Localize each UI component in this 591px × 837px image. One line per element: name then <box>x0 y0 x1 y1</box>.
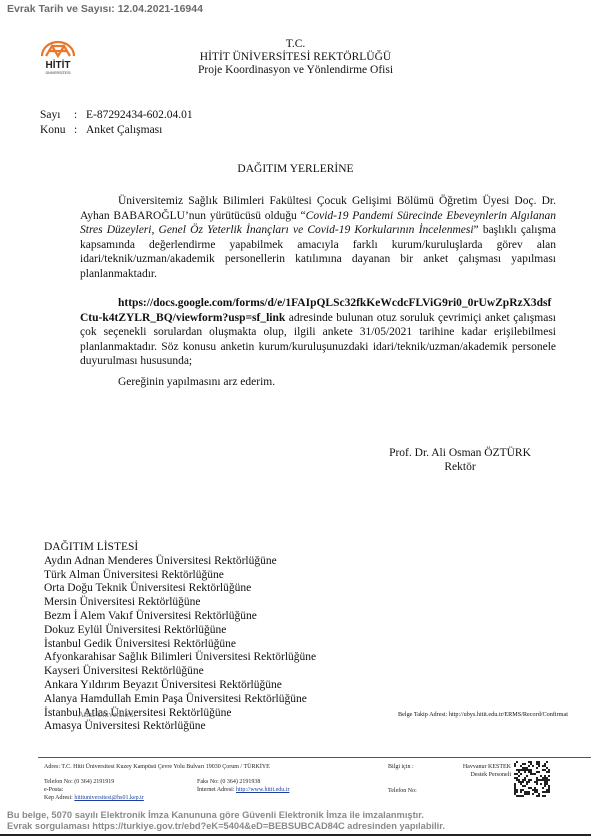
list-item: Kayseri Üniversitesi Rektörlüğüne <box>44 665 316 679</box>
subject-separator: : <box>74 123 86 138</box>
web-link[interactable]: http://www.hitit.edu.tr <box>236 787 289 793</box>
distribution-list-heading: DAĞITIM LİSTESİ <box>44 541 316 555</box>
list-item: Alanya Hamdullah Emin Paşa Üniversitesi … <box>44 693 316 707</box>
footer-web: İnternet Adresi: http://www.hitit.edu.tr <box>197 786 289 794</box>
list-item-with-overlap: İstanbul Atlas Üniversitesi Rektörlüğüne… <box>44 707 316 721</box>
bottom-border <box>0 834 591 836</box>
footer-fax: Faks No: (0 364) 2191938 <box>197 778 289 786</box>
signature-block: Prof. Dr. Ali Osman ÖZTÜRK Rektör <box>380 446 540 474</box>
body-paragraph-3: Gereğinin yapılmasını arz ederim. <box>80 375 556 390</box>
e-signature-line-1: Bu belge, 5070 sayılı Elektronik İmza Ka… <box>7 810 445 821</box>
kep-link[interactable]: hitituniversitesi@hs01.kep.tr <box>74 795 144 801</box>
list-item: Afyonkarahisar Sağlık Bilimleri Üniversi… <box>44 651 316 665</box>
list-item: İstanbul Gedik Üniversitesi Rektörlüğüne <box>44 638 316 652</box>
header-office: Proje Koordinasyon ve Yönlendirme Ofisi <box>0 64 591 77</box>
list-item: Aydın Adnan Menderes Üniversitesi Rektör… <box>44 555 316 569</box>
footer-phone: Telefon No: (0 364) 2191919 <box>44 778 144 786</box>
number-value: E-87292434-602.04.01 <box>86 108 193 123</box>
list-item: Orta Doğu Teknik Üniversitesi Rektörlüğü… <box>44 582 316 596</box>
signer-title: Rektör <box>380 460 540 474</box>
e-signature-note: Bu belge, 5070 sayılı Elektronik İmza Ka… <box>7 810 445 831</box>
document-meta: Sayı : E-87292434-602.04.01 Konu : Anket… <box>40 108 193 137</box>
contact-role: Destek Personeli <box>455 771 511 779</box>
footer-mid-contacts: Faks No: (0 364) 2191938 İnternet Adresi… <box>197 778 289 794</box>
web-label: İnternet Adresi: <box>197 787 235 793</box>
document-tracking-address: Belge Takip Adresi: http://ubys.hitit.ed… <box>398 711 568 718</box>
meta-subject-row: Konu : Anket Çalışması <box>40 123 193 138</box>
footer-info-label: Bilgi için : <box>388 763 414 771</box>
footer-contact-person: Havvanur KESTEK Destek Personeli <box>455 763 511 779</box>
footer-divider <box>38 757 591 758</box>
distribution-title: DAĞITIM YERLERİNE <box>0 163 591 175</box>
footer-email-label: e-Posta: <box>44 786 144 794</box>
list-item: Türk Alman Üniversitesi Rektörlüğüne <box>44 569 316 583</box>
list-item: Ankara Yıldırım Beyazıt Üniversitesi Rek… <box>44 679 316 693</box>
list-item: Dokuz Eylül Üniversitesi Rektörlüğüne <box>44 624 316 638</box>
header-tc: T.C. <box>0 38 591 51</box>
list-item: Bezm İ Alem Vakıf Üniversitesi Rektörlüğ… <box>44 610 316 624</box>
number-separator: : <box>74 108 86 123</box>
document-date-number: Evrak Tarih ve Sayısı: 12.04.2021-16944 <box>7 3 203 15</box>
footer-left-contacts: Telefon No: (0 364) 2191919 e-Posta: Kep… <box>44 778 144 802</box>
qr-code-icon <box>514 761 550 797</box>
footer-kep: Kep Adresi: hitituniversitesi@hs01.kep.t… <box>44 794 144 802</box>
signer-name: Prof. Dr. Ali Osman ÖZTÜRK <box>380 446 540 460</box>
header-university: HİTİT ÜNİVERSİTESİ REKTÖRLÜĞÜ <box>0 51 591 64</box>
number-label: Sayı <box>40 108 74 123</box>
list-item: Mersin Üniversitesi Rektörlüğüne <box>44 596 316 610</box>
footer-address: Adres: T.C. Hitit Üniversitesi Kuzey Kam… <box>44 763 270 771</box>
footer-contact-phone-label: Telefon No: <box>388 787 417 795</box>
body-paragraph-2: https://docs.google.com/forms/d/e/1FAIpQ… <box>80 296 556 369</box>
distribution-list: DAĞITIM LİSTESİ Aydın Adnan Menderes Üni… <box>44 541 316 734</box>
subject-label: Konu <box>40 123 74 138</box>
letterhead: T.C. HİTİT ÜNİVERSİTESİ REKTÖRLÜĞÜ Proje… <box>0 38 591 77</box>
subject-value: Anket Çalışması <box>86 123 162 138</box>
body-paragraph-1: Üniversitemiz Sağlık Bilimleri Fakültesi… <box>80 194 556 281</box>
contact-name: Havvanur KESTEK <box>455 763 511 771</box>
list-item-text: İstanbul Atlas Üniversitesi Rektörlüğüne <box>44 707 232 719</box>
e-signature-line-2: Evrak sorgulaması https://turkiye.gov.tr… <box>7 821 445 832</box>
meta-number-row: Sayı : E-87292434-602.04.01 <box>40 108 193 123</box>
list-item: Amasya Üniversitesi Rektörlüğüne <box>44 720 316 734</box>
kep-label: Kep Adresi: <box>44 795 73 801</box>
